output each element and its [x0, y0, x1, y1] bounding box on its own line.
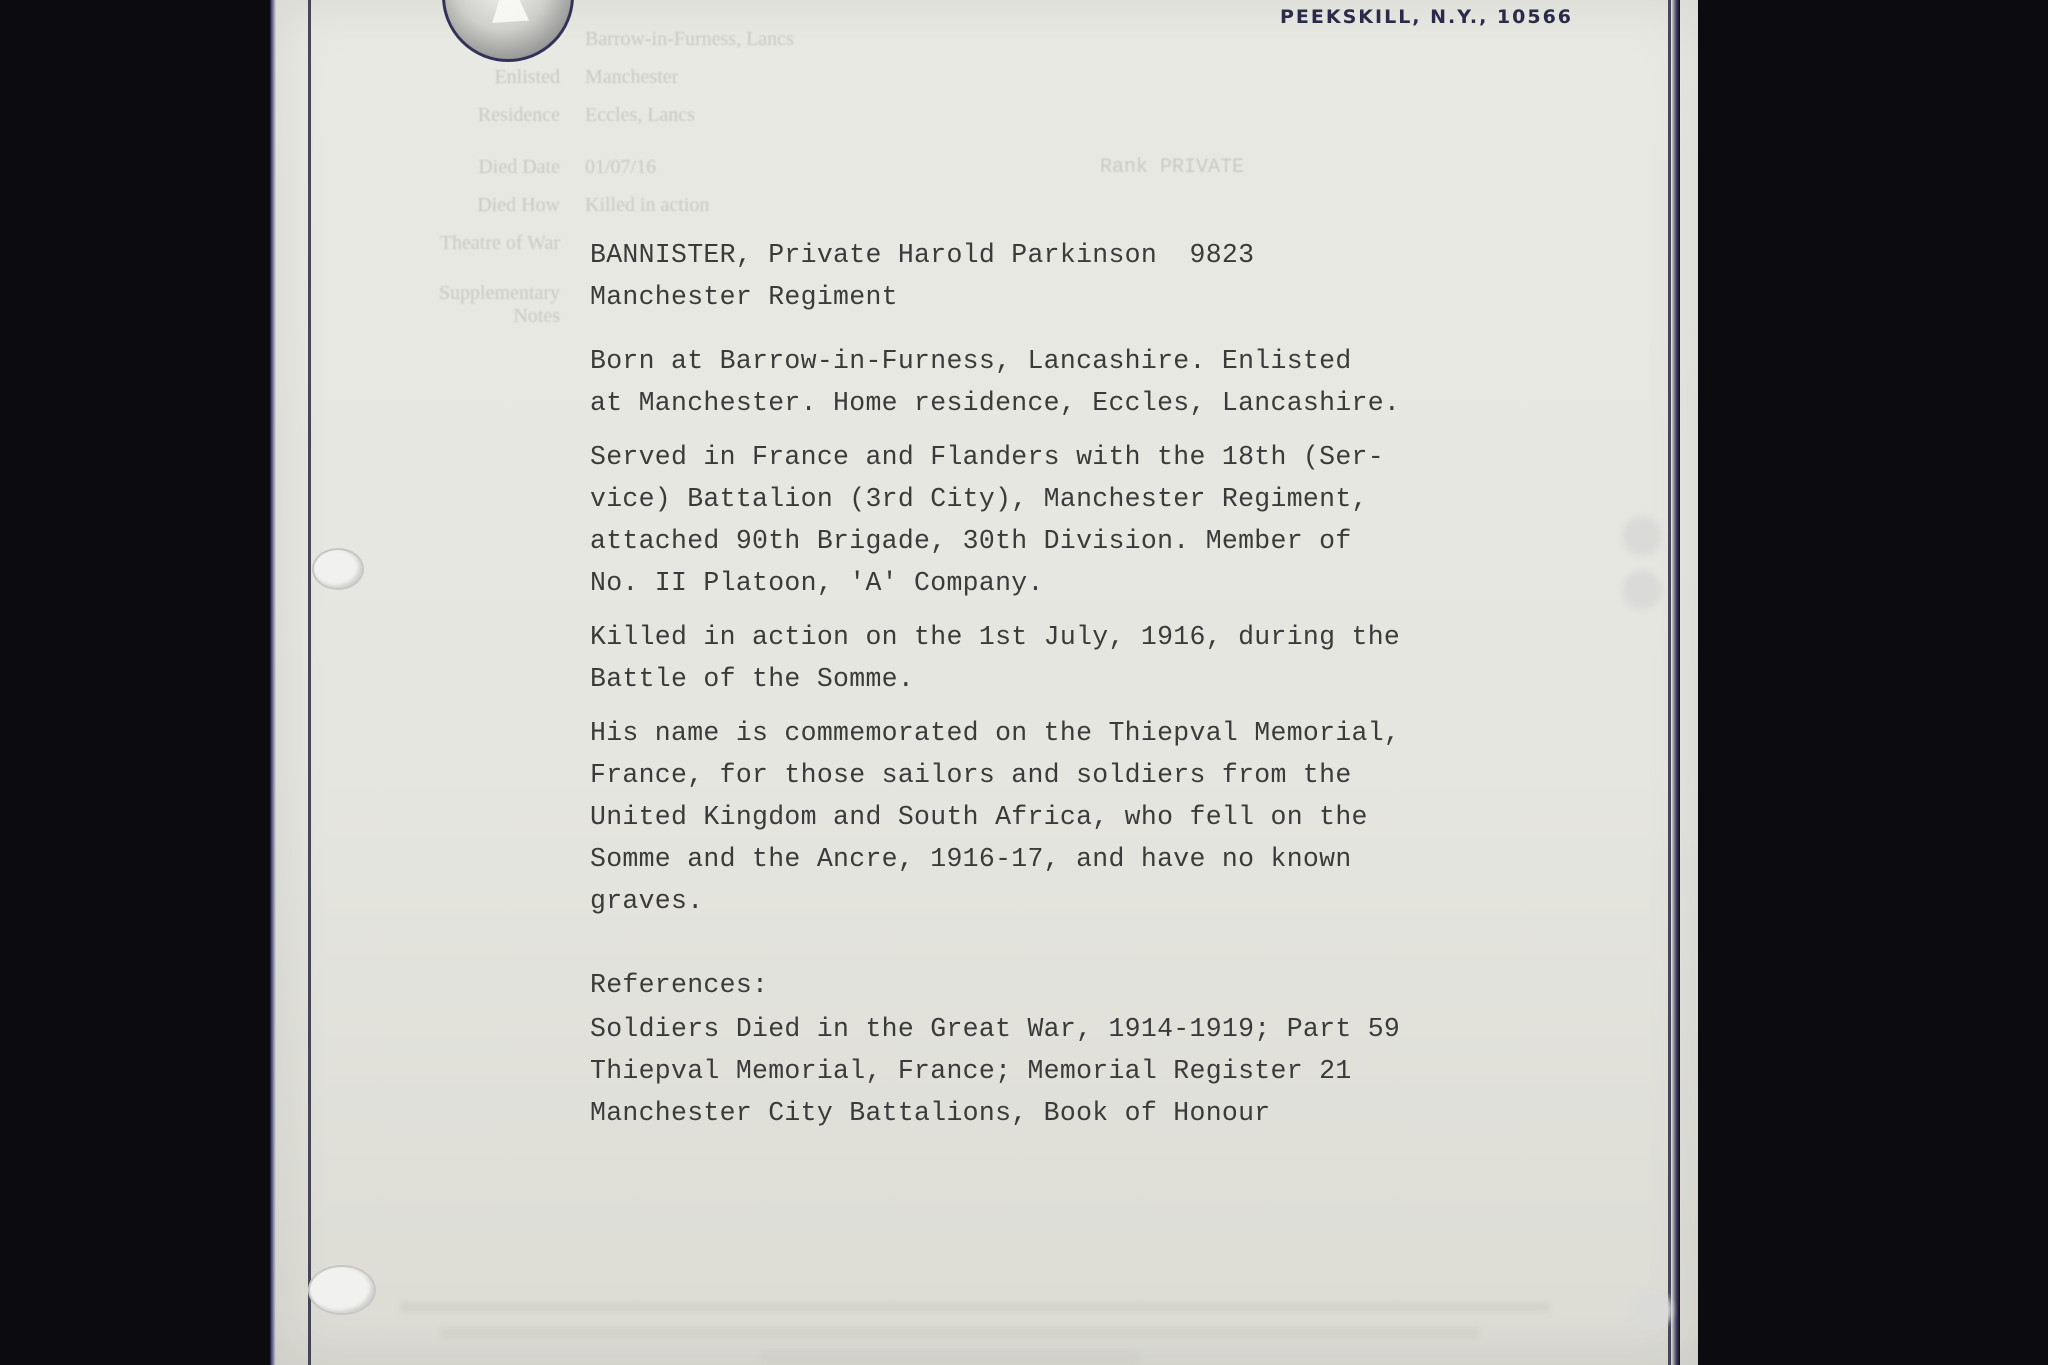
ghost-value: Eccles, Lancs [585, 104, 695, 127]
punch-hole-shadow [1622, 516, 1662, 556]
service-record: BANNISTER, Private Harold Parkinson 9823… [590, 234, 1570, 1134]
ghost-value: 01/07/16 [585, 156, 656, 179]
reference-item: Manchester City Battalions, Book of Hono… [590, 1092, 1570, 1134]
punch-hole [308, 1265, 376, 1315]
footer-show-through [440, 1328, 1480, 1338]
letterhead-address: PEEKSKILL, N.Y., 10566 [1280, 6, 1573, 28]
record-heading: BANNISTER, Private Harold Parkinson 9823… [590, 234, 1570, 318]
ghost-value: Manchester [585, 66, 678, 89]
punch-hole-shadow [1622, 570, 1662, 610]
punch-hole-shadow [1632, 1290, 1672, 1330]
ghost-label: Supplementary Notes [400, 282, 560, 328]
references-section: References: Soldiers Died in the Great W… [590, 964, 1570, 1134]
portrait-bust [483, 0, 529, 23]
ghost-rank: Rank PRIVATE [1100, 156, 1244, 179]
soldier-name-line: BANNISTER, Private Harold Parkinson 9823 [590, 234, 1570, 276]
ghost-label: Theatre of War [400, 232, 560, 255]
ghost-label: Died How [400, 194, 560, 217]
footer-show-through [400, 1302, 1550, 1312]
ghost-label: Died Date [400, 156, 560, 179]
reference-item: Soldiers Died in the Great War, 1914-191… [590, 1008, 1570, 1050]
service-paragraph: Served in France and Flanders with the 1… [590, 436, 1570, 604]
ghost-value: Barrow-in-Furness, Lancs [585, 28, 794, 51]
page-right-edge [1672, 0, 1680, 1365]
death-paragraph: Killed in action on the 1st July, 1916, … [590, 616, 1570, 700]
ghost-label: Residence [400, 104, 560, 127]
ghost-value: Killed in action [585, 194, 709, 217]
punch-hole [312, 548, 364, 590]
footer-show-through [760, 1352, 1140, 1362]
binder-rule-left [308, 0, 311, 1365]
reference-item: Thiepval Memorial, France; Memorial Regi… [590, 1050, 1570, 1092]
memorial-paragraph: His name is commemorated on the Thiepval… [590, 712, 1570, 922]
ghost-label: Enlisted [400, 66, 560, 89]
binder-rule-right [1668, 0, 1671, 1365]
birth-paragraph: Born at Barrow-in-Furness, Lancashire. E… [590, 340, 1570, 424]
regiment-line: Manchester Regiment [590, 276, 1570, 318]
page-left-edge [270, 0, 276, 1365]
references-label: References: [590, 964, 1570, 1006]
